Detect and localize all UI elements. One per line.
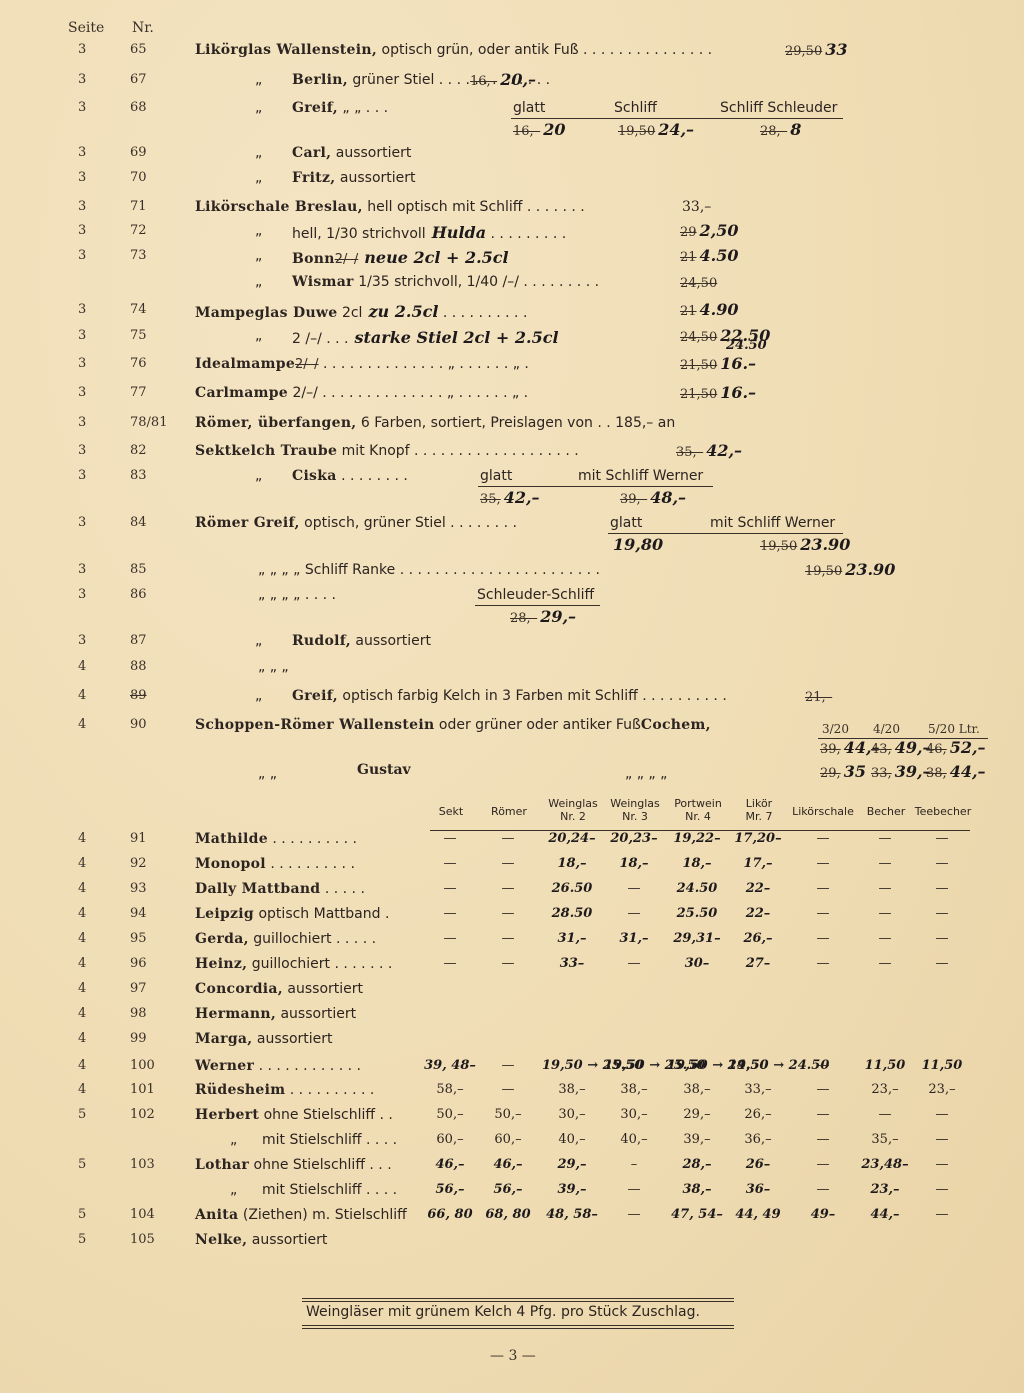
row-description: Leipzig optisch Mattband .: [195, 906, 389, 922]
sub-column-header: glatt: [513, 100, 545, 116]
item-name: Lothar: [195, 1157, 249, 1173]
item-name: Römer Greif,: [195, 515, 300, 531]
row-seite: 3: [78, 302, 86, 317]
row-description: Herbert ohne Stielschliff . .: [195, 1107, 393, 1123]
wallenstein-price: 43,49,–: [871, 738, 931, 757]
table-cell: 23,–: [855, 1082, 915, 1097]
table-cell: 22–: [728, 906, 788, 921]
ditto-mark: „: [255, 274, 262, 290]
item-detail: optisch farbig Kelch in 3 Farben mit Sch…: [338, 688, 727, 704]
row-description: mit Stielschliff . . . .: [262, 1132, 397, 1148]
item-name: Marga,: [195, 1031, 252, 1047]
row-description: Wismar 1/35 strichvoll, 1/40 /–/ . . . .…: [292, 274, 599, 290]
table-cell: 68, 80: [478, 1207, 538, 1222]
row-description: Mampeglas Duwe 2clzu 2.5cl . . . . . . .…: [195, 302, 527, 321]
column-header: Sekt: [420, 805, 482, 818]
table-cell: 49–: [793, 1207, 853, 1222]
sub-column-price: 35,42,–: [480, 488, 540, 507]
row-nr: 102: [130, 1107, 155, 1122]
table-cell: —: [912, 1157, 972, 1172]
table-cell: 28.50: [542, 906, 602, 921]
item-detail: hell optisch mit Schliff . . . . . . .: [363, 199, 585, 215]
row-description: Mathilde . . . . . . . . . .: [195, 831, 357, 847]
header-seite: Seite: [68, 20, 104, 36]
row-nr: 76: [130, 356, 147, 371]
item-name: Carlmampe: [195, 385, 288, 401]
item-name: Idealmampe: [195, 356, 295, 372]
sub-column-header: mit Schliff Werner: [710, 515, 835, 531]
row-seite: 3: [78, 587, 86, 602]
ditto-mark: „: [230, 1182, 237, 1198]
row-seite: 3: [78, 385, 86, 400]
table-cell: 18,–: [667, 856, 727, 871]
row-nr: 88: [130, 659, 147, 674]
sub-column-price: 28,–29,–: [510, 607, 576, 626]
row-nr: 104: [130, 1207, 155, 1222]
row-nr: 69: [130, 145, 147, 160]
table-cell: —: [420, 881, 480, 896]
table-cell: —: [912, 831, 972, 846]
item-detail: aussortiert: [276, 1006, 356, 1022]
row-nr: 94: [130, 906, 147, 921]
handwritten-note: Hulda: [432, 223, 486, 242]
row-description: Lothar ohne Stielschliff . . .: [195, 1157, 392, 1173]
row-seite: 4: [78, 906, 86, 921]
old-price: 19,50: [618, 124, 655, 139]
row-description: Römer Greif, optisch, grüner Stiel . . .…: [195, 515, 517, 531]
table-cell: —: [420, 856, 480, 871]
row-seite: 4: [78, 1031, 86, 1046]
sub-column-price: 19,5023.90: [760, 535, 850, 554]
handwritten-note: zu 2.5cl: [368, 302, 438, 321]
table-cell: 38,–: [667, 1182, 727, 1197]
item-detail: aussortiert: [331, 145, 411, 161]
row-description: Dally Mattband . . . . .: [195, 881, 365, 897]
price: 35,–42,–: [676, 441, 742, 460]
item-name: Sektkelch Traube: [195, 443, 337, 459]
table-cell: —: [478, 881, 538, 896]
row-description: Marga, aussortiert: [195, 1031, 333, 1047]
ditto-mark: „: [255, 100, 262, 116]
table-cell: 11,50: [855, 1058, 915, 1073]
item-name: Wismar: [292, 274, 354, 290]
row-description: Greif, „ „ . . .: [292, 100, 388, 116]
item-detail: oder: [434, 717, 475, 733]
row-description: Bonn2/–/neue 2cl + 2.5cl: [292, 248, 509, 267]
sub-header-rule: [608, 533, 843, 534]
row-description: Fritz, aussortiert: [292, 170, 416, 186]
footer-rule-top: [302, 1298, 734, 1299]
item-detail: . . . . . . . . . . . .: [254, 1058, 361, 1074]
old-price: 21: [680, 304, 697, 319]
ditto-mark: „: [255, 688, 262, 704]
sub-column-header: glatt: [480, 468, 512, 484]
item-detail: „ „ „ „ Schliff Ranke . . . . . . . . . …: [258, 562, 600, 578]
table-cell: —: [912, 881, 972, 896]
item-detail: . . . . . . . . . .: [266, 856, 355, 872]
new-price-alt: 24.50: [726, 338, 767, 353]
table-cell: —: [793, 856, 853, 871]
item-detail: 2 /–/ . . .: [292, 331, 349, 347]
row-description: Carl, aussortiert: [292, 145, 411, 161]
new-price: 24,–: [658, 120, 694, 139]
table-cell: —: [912, 1207, 972, 1222]
row-seite: 3: [78, 199, 86, 214]
table-cell: —: [793, 1182, 853, 1197]
new-price: 8: [790, 120, 801, 139]
row-nr: 84: [130, 515, 147, 530]
row-description: „ „ „ „ . . . .: [258, 587, 336, 603]
price: 292,50: [680, 221, 739, 240]
old-price: 35,–: [676, 445, 703, 460]
price: 16,–20,–: [470, 70, 536, 89]
table-cell: —: [912, 856, 972, 871]
row-seite: 3: [78, 145, 86, 160]
table-cell: 30–: [667, 956, 727, 971]
table-cell: —: [912, 1132, 972, 1147]
old-price: 21,50: [680, 358, 717, 373]
row-description: Schoppen-Römer Wallenstein oder grüner o…: [195, 717, 711, 733]
table-cell: —: [420, 931, 480, 946]
row-seite: 3: [78, 515, 86, 530]
old-price: 21: [680, 250, 697, 265]
row-description: Gerda, guillochiert . . . . .: [195, 931, 376, 947]
row-seite: 4: [78, 856, 86, 871]
sub-column-header: mit Schliff Werner: [578, 468, 703, 484]
ditto-mark: „: [255, 223, 262, 239]
row-seite: 3: [78, 633, 86, 648]
old-price: 28,–: [510, 611, 537, 626]
table-cell: 26,–: [728, 1107, 788, 1122]
table-cell: —: [793, 881, 853, 896]
price: 214.90: [680, 300, 739, 319]
price: 21,5016.–: [680, 383, 756, 402]
old-price: 35,: [480, 492, 501, 507]
row-nr: 82: [130, 443, 147, 458]
table-cell: 44,–: [855, 1207, 915, 1222]
row-nr: 91: [130, 831, 147, 846]
row-nr: 100: [130, 1058, 155, 1073]
row-description: Likörglas Wallenstein, optisch grün, ode…: [195, 42, 712, 58]
table-cell: 33,–: [728, 1082, 788, 1097]
old-price: 16,–: [513, 124, 540, 139]
table-cell: 20,24–: [542, 831, 602, 846]
item-detail: ohne Stielschliff . .: [259, 1107, 393, 1123]
table-cell: 19,50 → 25.50: [604, 1058, 664, 1073]
item-name: Rudolf,: [292, 633, 351, 649]
table-cell: 58,–: [420, 1082, 480, 1097]
row-seite: 4: [78, 1006, 86, 1021]
row-description: Hermann, aussortiert: [195, 1006, 356, 1022]
row-nr: 101: [130, 1082, 155, 1097]
old-price: 38,: [926, 766, 947, 781]
ditto-mark: „: [255, 248, 262, 264]
row-description: 2 /–/ . . .starke Stiel 2cl + 2.5cl: [292, 328, 559, 347]
table-cell: 19,50 → 25.50: [542, 1058, 602, 1073]
table-cell: 38,–: [667, 1082, 727, 1097]
old-price: 21,50: [680, 387, 717, 402]
row-description: Likörschale Breslau, hell optisch mit Sc…: [195, 199, 585, 215]
item-name: Heinz,: [195, 956, 247, 972]
handwritten-note: neue 2cl + 2.5cl: [364, 248, 508, 267]
item-detail: . . . . . . . . . .: [285, 1082, 374, 1098]
old-price: 29,50: [785, 44, 822, 59]
table-cell: 36–: [728, 1182, 788, 1197]
row-description: Ciska . . . . . . . .: [292, 468, 408, 484]
column-header: Becher: [855, 805, 917, 818]
new-price: 19,80: [613, 535, 663, 554]
row-seite: 4: [78, 659, 86, 674]
table-cell: —: [478, 856, 538, 871]
table-cell: 26,–: [728, 931, 788, 946]
row-nr: 68: [130, 100, 147, 115]
wallenstein-price: 46,52,–: [926, 738, 986, 757]
row-description: mit Stielschliff . . . .: [262, 1182, 397, 1198]
gustav-label: Gustav: [357, 762, 411, 778]
row-description: Heinz, guillochiert . . . . . . .: [195, 956, 392, 972]
item-detail: guillochiert . . . . . . .: [247, 956, 392, 972]
item-name: Anita: [195, 1207, 238, 1223]
table-cell: 29,–: [667, 1107, 727, 1122]
new-price: 16.–: [720, 354, 756, 373]
old-price: 24,50: [680, 330, 717, 345]
gustav-price: 38,44,–: [926, 762, 986, 781]
row-nr: 65: [130, 42, 147, 57]
item-detail: optisch grün, oder antik Fuß . . . . . .…: [377, 42, 712, 58]
row-seite: 3: [78, 562, 86, 577]
sub-header-rule: [478, 486, 713, 487]
gustav-price: 29,35: [820, 762, 866, 781]
row-seite: 5: [78, 1207, 86, 1222]
row-seite: 3: [78, 415, 86, 430]
row-nr: 72: [130, 223, 147, 238]
column-header: Likörschale: [786, 805, 860, 818]
row-description: Idealmampe2/–/ . . . . . . . . . . . . .…: [195, 356, 529, 372]
table-cell: —: [604, 1182, 664, 1197]
new-price: 29,–: [540, 607, 576, 626]
row-description: Carlmampe 2/–/ . . . . . . . . . . . . .…: [195, 385, 528, 401]
table-cell: 39, 48–: [420, 1058, 480, 1073]
row-nr: 73: [130, 248, 147, 263]
item-name: Gerda,: [195, 931, 249, 947]
table-cell: 20,23–: [604, 831, 664, 846]
row-nr: 103: [130, 1157, 155, 1172]
table-cell: —: [855, 856, 915, 871]
old-price: 33,: [871, 766, 892, 781]
item-detail: aussortiert: [335, 170, 415, 186]
row-description: hell, 1/30 strichvollHulda . . . . . . .…: [292, 223, 566, 242]
item-name: Greif,: [292, 688, 338, 704]
old-price: 29,: [820, 766, 841, 781]
row-seite: 5: [78, 1232, 86, 1247]
table-cell: —: [478, 1058, 538, 1073]
old-price: 24,50: [680, 276, 717, 291]
item-name: Hermann,: [195, 1006, 276, 1022]
table-cell: 28,–: [667, 1157, 727, 1172]
table-cell: —: [912, 1182, 972, 1197]
table-cell: 22–: [728, 881, 788, 896]
price: 21,5016.–: [680, 354, 756, 373]
item-detail: grüner oder antiker Fuß: [475, 717, 641, 733]
price: 214.50: [680, 246, 739, 265]
size-header: 5/20 Ltr.: [928, 722, 980, 736]
table-cell: 30,–: [542, 1107, 602, 1122]
row-description: Römer, überfangen, 6 Farben, sortiert, P…: [195, 415, 675, 431]
table-cell: —: [912, 1107, 972, 1122]
item-name: Berlin,: [292, 72, 348, 88]
old-price: 39,–: [620, 492, 647, 507]
gustav-price: 33,39,–: [871, 762, 931, 781]
table-cell: 60,–: [420, 1132, 480, 1147]
row-seite: 5: [78, 1107, 86, 1122]
table-cell: 31,–: [604, 931, 664, 946]
table-cell: 19,22–: [667, 831, 727, 846]
row-nr: 92: [130, 856, 147, 871]
row-seite: 3: [78, 248, 86, 263]
table-cell: 56,–: [420, 1182, 480, 1197]
row-seite: 4: [78, 881, 86, 896]
row-nr: 70: [130, 170, 147, 185]
old-price: 21,–: [805, 690, 832, 705]
price: 19,5023.90: [805, 560, 895, 579]
item-name: Römer, überfangen,: [195, 415, 356, 431]
table-cell: —: [478, 906, 538, 921]
table-cell: 23,–: [855, 1182, 915, 1197]
table-cell: —: [855, 956, 915, 971]
row-nr: 96: [130, 956, 147, 971]
table-cell: 31,–: [542, 931, 602, 946]
row-description: Concordia, aussortiert: [195, 981, 363, 997]
column-header: Teebecher: [912, 805, 974, 818]
item-name: Carl,: [292, 145, 331, 161]
table-cell: —: [912, 956, 972, 971]
sub-column-price: 19,80: [610, 535, 663, 554]
item-detail: „ „ „: [258, 659, 289, 675]
price: 21,–: [805, 686, 832, 705]
table-cell: —: [793, 1157, 853, 1172]
table-cell: 23,–: [912, 1082, 972, 1097]
item-detail: (Ziethen) m. Stielschliff: [238, 1207, 406, 1223]
ditto-mark: „: [255, 468, 262, 484]
table-cell: 24.50: [667, 881, 727, 896]
table-cell: 66, 80: [420, 1207, 480, 1222]
price: 24,50: [680, 272, 717, 291]
table-cell: 29,–: [542, 1157, 602, 1172]
table-cell: 25.50: [667, 906, 727, 921]
table-cell: —: [912, 931, 972, 946]
table-cell: 44, 49: [728, 1207, 788, 1222]
row-nr: 89: [130, 688, 147, 703]
old-price: 39,: [820, 742, 841, 757]
table-cell: 60,–: [478, 1132, 538, 1147]
row-seite: 4: [78, 931, 86, 946]
row-nr: 93: [130, 881, 147, 896]
table-cell: —: [793, 906, 853, 921]
row-nr: 95: [130, 931, 147, 946]
table-cell: 35,–: [855, 1132, 915, 1147]
ditto-mark: „ „ „ „: [625, 766, 667, 782]
price: 29,5033: [785, 40, 847, 59]
item-detail: aussortiert: [247, 1232, 327, 1248]
row-nr: 77: [130, 385, 147, 400]
table-cell: 56,–: [478, 1182, 538, 1197]
item-detail: mit Stielschliff . . . .: [262, 1182, 397, 1198]
ditto-mark: „: [255, 170, 262, 186]
new-price: 35: [844, 762, 866, 781]
row-seite: 3: [78, 100, 86, 115]
table-cell: 50,–: [420, 1107, 480, 1122]
item-detail: „ „ „ „ . . . .: [258, 587, 336, 603]
table-cell: 11,50: [912, 1058, 972, 1073]
row-nr: 75: [130, 328, 147, 343]
new-price: 52,–: [950, 738, 986, 757]
row-nr: 85: [130, 562, 147, 577]
item-name: Rüdesheim: [195, 1082, 285, 1098]
item-detail: . . . . . . . . . . . . . . „ . . . . . …: [319, 356, 529, 372]
table-cell: 17,20–: [728, 831, 788, 846]
row-nr: 87: [130, 633, 147, 648]
row-seite: 4: [78, 1058, 86, 1073]
table-cell: 48, 58–: [542, 1207, 602, 1222]
item-name: Likörglas Wallenstein,: [195, 42, 377, 58]
table-cell: —: [420, 831, 480, 846]
table-cell: —: [793, 831, 853, 846]
table-cell: —: [793, 1132, 853, 1147]
new-price: 20: [543, 120, 565, 139]
table-cell: 17,–: [728, 856, 788, 871]
row-nr: 105: [130, 1232, 155, 1247]
column-header: Römer: [478, 805, 540, 818]
sub-column-header: Schleuder-Schliff: [477, 587, 594, 603]
new-price: 4.50: [700, 246, 739, 265]
table-cell: —: [793, 1058, 853, 1073]
table-cell: 18,–: [604, 856, 664, 871]
table-cell: 40,–: [604, 1132, 664, 1147]
old-price: 29: [680, 225, 697, 240]
item-detail: . . . . . . . .: [337, 468, 408, 484]
table-cell: 39,–: [542, 1182, 602, 1197]
table-cell: 40,–: [542, 1132, 602, 1147]
struck-text: 2/–/: [335, 252, 359, 267]
old-price: 19,50: [805, 564, 842, 579]
row-nr: 97: [130, 981, 147, 996]
item-name: Mathilde: [195, 831, 268, 847]
row-nr: 83: [130, 468, 147, 483]
item-name: Likörschale Breslau,: [195, 199, 363, 215]
item-name: Monopol: [195, 856, 266, 872]
column-header: Weinglas Nr. 3: [604, 797, 666, 823]
row-description: Greif, optisch farbig Kelch in 3 Farben …: [292, 688, 727, 704]
handwritten-note: starke Stiel 2cl + 2.5cl: [355, 328, 559, 347]
table-cell: 50,–: [478, 1107, 538, 1122]
item-name: Bonn: [292, 251, 335, 267]
table-cell: 19,50 → 24.50: [667, 1058, 727, 1073]
new-price: 44,–: [950, 762, 986, 781]
new-price: 42,–: [504, 488, 540, 507]
table-cell: 19,50 → 24.50: [728, 1058, 788, 1073]
footer-note: Weingläser mit grünem Kelch 4 Pfg. pro S…: [306, 1304, 700, 1320]
row-description: Nelke, aussortiert: [195, 1232, 327, 1248]
row-seite: 3: [78, 72, 86, 87]
item-detail: 2/–/ . . . . . . . . . . . . . . „ . . .…: [288, 385, 528, 401]
table-cell: —: [478, 931, 538, 946]
footer-rule-bottom2: [302, 1328, 734, 1329]
new-price: 33: [825, 40, 847, 59]
item-detail: 2cl: [338, 305, 363, 321]
row-description: Werner . . . . . . . . . . . .: [195, 1058, 361, 1074]
row-description: „ „ „: [258, 659, 289, 675]
row-seite: 4: [78, 688, 86, 703]
